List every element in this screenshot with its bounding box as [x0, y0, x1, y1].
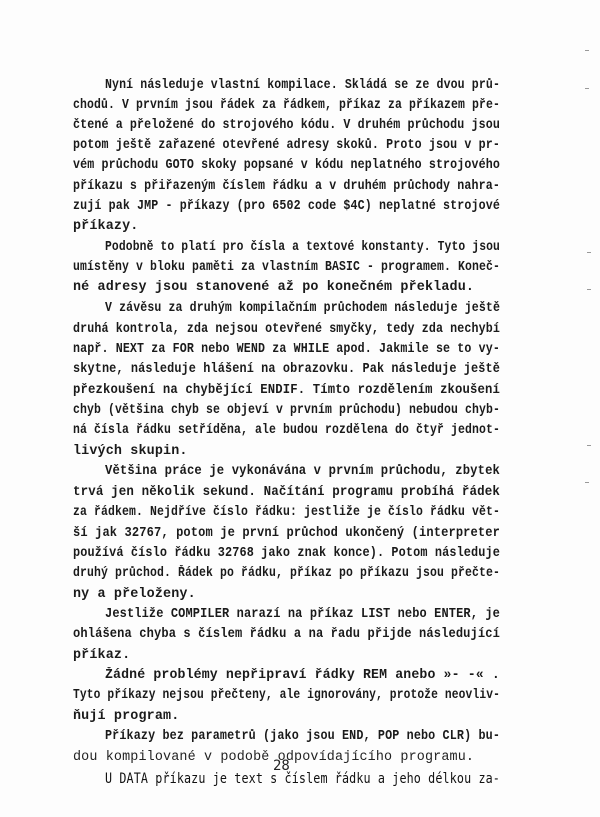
text-line: ná čísla řádku setříděna, ale budou rozd…: [73, 423, 500, 439]
text-line: druhá kontrola, zda nejsou otevřené smyč…: [73, 322, 500, 338]
text-line: Jestliže COMPILER narazí na příkaz LIST …: [105, 607, 500, 623]
document-page: Nyní následuje vlastní kompilace. Skládá…: [0, 0, 600, 817]
text-line: příkazu s přiřazeným číslem řádku a v dr…: [73, 179, 500, 195]
scan-speck: [587, 445, 591, 446]
scan-speck: [585, 482, 589, 483]
text-line: ňují program.: [73, 709, 179, 725]
text-line: ohlášena chyba s číslem řádku a na řadu …: [73, 627, 500, 643]
text-line: příkaz.: [73, 648, 130, 664]
text-line: vém průchodu GOTO skoky popsané v kódu n…: [73, 158, 500, 174]
text-line: né adresy jsou stanovené až po konečném …: [73, 280, 474, 296]
text-line: zují pak JMP - příkazy (pro 6502 code $4…: [73, 199, 500, 215]
text-line: chodů. V prvním jsou řádek za řádkem, př…: [73, 98, 500, 114]
text-line: U DATA příkazu je text s číslem řádku a …: [105, 771, 500, 787]
scan-speck: [587, 252, 591, 253]
text-line: ny a přeloženy.: [73, 587, 196, 603]
text-line: např. NEXT za FOR nebo WEND za WHILE apo…: [73, 342, 500, 358]
scan-speck: [587, 289, 591, 290]
text-line: trvá jen několik sekund. Načítání progra…: [73, 485, 500, 501]
text-line: V závěsu za druhým kompilačním průchodem…: [105, 301, 500, 317]
text-line: chyb (většina chyb se objeví v prvním pr…: [73, 403, 500, 419]
text-line: umístěny v bloku paměti za vlastním BASI…: [73, 260, 500, 276]
text-line: druhý průchod. Řádek po řádku, příkaz po…: [73, 566, 500, 582]
text-line: používá číslo řádku 32768 jako znak konc…: [73, 546, 500, 562]
text-line: za řádkem. Nejdříve číslo řádku: jestliž…: [73, 505, 500, 521]
text-line: Většina práce je vykonávána v prvním prů…: [105, 464, 500, 480]
text-line: skytne, následuje hlášení na obrazovku. …: [73, 362, 500, 378]
text-line: potom ještě zařazené otevřené adresy sko…: [73, 138, 500, 154]
text-line: livých skupin.: [73, 444, 188, 460]
text-line: čtené a přeložené do strojového kódu. V …: [73, 118, 500, 134]
text-line: Příkazy bez parametrů (jako jsou END, PO…: [105, 729, 500, 745]
text-line: ší jak 32767, potom je první průchod uko…: [73, 526, 500, 542]
text-line: Žádné problémy nepřipraví řádky REM aneb…: [105, 668, 500, 684]
text-line: Podobně to platí pro čísla a textové kon…: [105, 240, 500, 256]
scan-speck: [585, 88, 589, 89]
text-line: Tyto příkazy nejsou přečteny, ale ignoro…: [73, 688, 500, 704]
page-number: 28: [273, 758, 290, 774]
scan-speck: [585, 50, 589, 51]
text-line: přezkoušení na chybějící ENDIF. Tímto ro…: [73, 383, 500, 399]
text-line: příkazy.: [73, 219, 139, 235]
text-line: Nyní následuje vlastní kompilace. Skládá…: [105, 78, 500, 94]
